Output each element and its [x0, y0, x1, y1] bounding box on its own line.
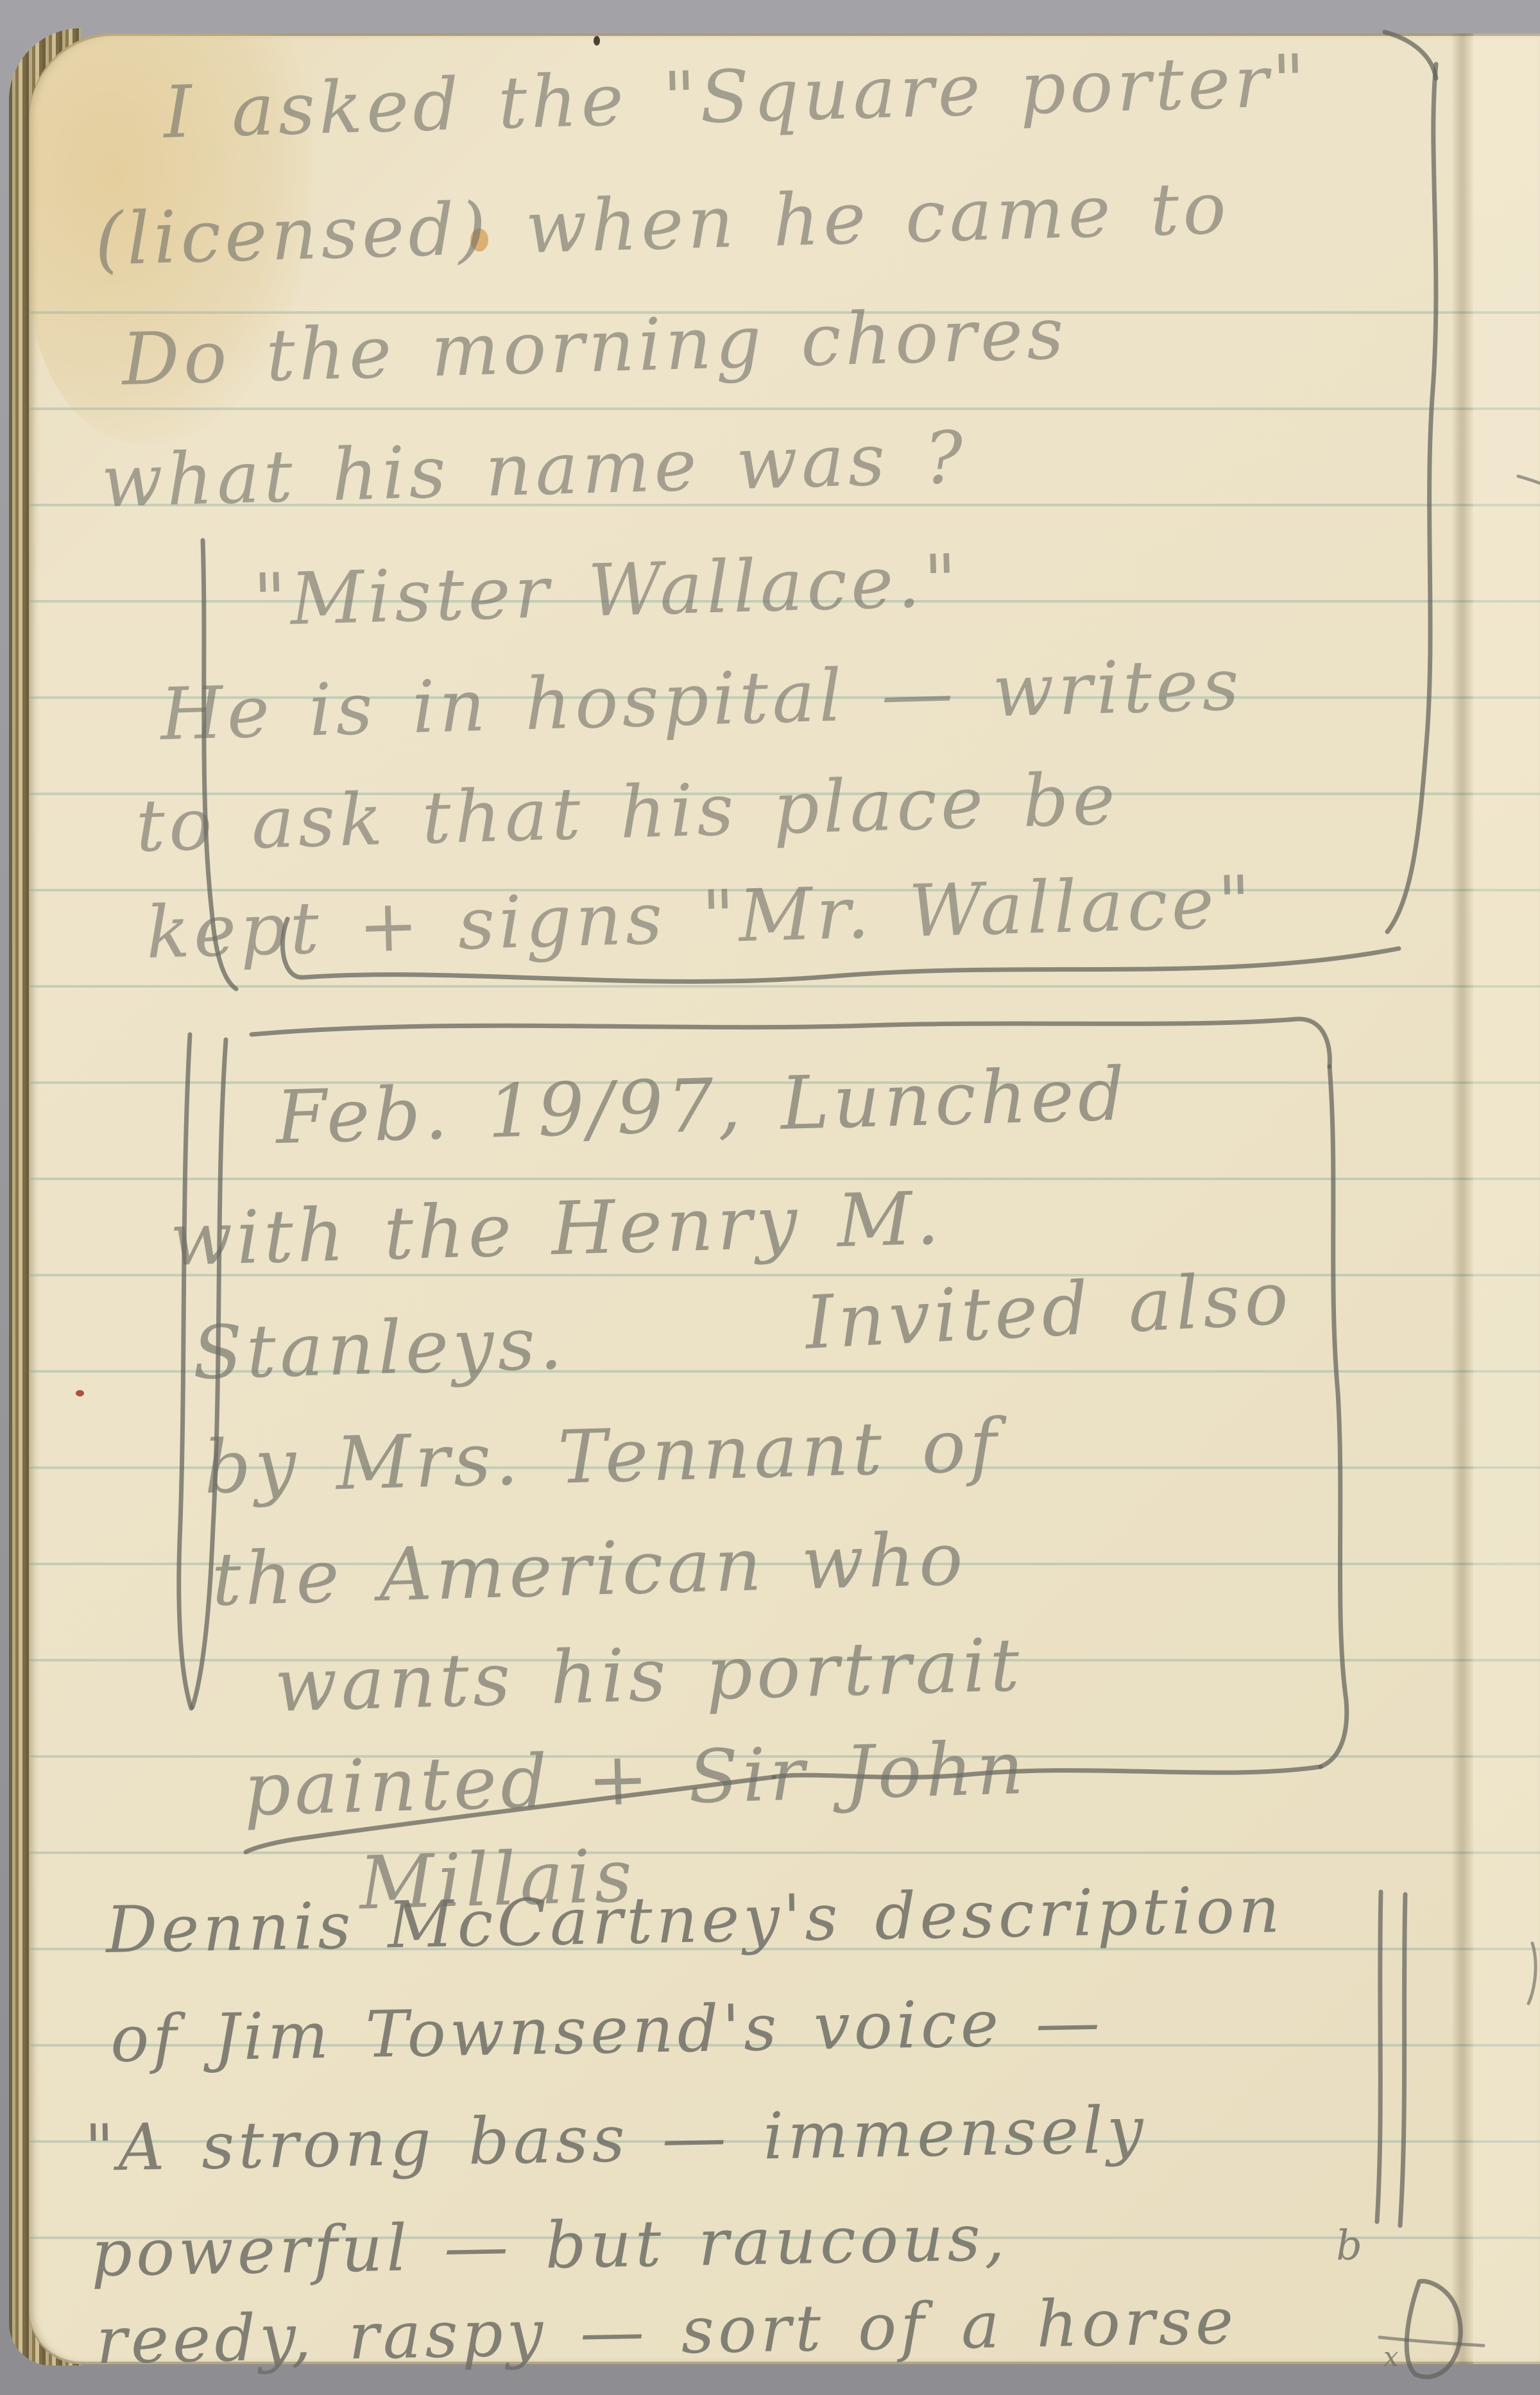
handwritten-line: "A strong bass — immensely [84, 2098, 1147, 2181]
page-fold-crease [1451, 33, 1473, 2364]
handwritten-line: painted + Sir John [243, 1731, 1028, 1826]
handwritten-line: Stanleys. [191, 1307, 567, 1390]
handwritten-line: Feb. 19/97, Lunched [275, 1058, 1129, 1155]
paper-speck [594, 36, 600, 46]
margin-mark-x: x [1383, 2343, 1403, 2371]
handwritten-line: of Jim Townsend's voice — [110, 1990, 1104, 2072]
handwritten-line: Dennis McCartney's description [105, 1878, 1284, 1962]
handwritten-line: powerful — but raucous, [90, 2206, 1009, 2286]
handwritten-line: with the Henry M. [169, 1181, 944, 1276]
handwritten-line: "Mister Wallace." [252, 545, 961, 637]
handwritten-line: the American who [210, 1522, 968, 1617]
handwritten-line: by Mrs. Tennant of [203, 1409, 1001, 1504]
scanned-notebook-screenshot: { "notebook": { "entry_porter": { "lines… [0, 0, 1540, 2395]
adjacent-page-edge [1473, 33, 1540, 2364]
margin-mark-b: b [1335, 2225, 1366, 2267]
handwritten-line: wants his portrait [273, 1628, 1024, 1722]
handwritten-line: reedy, raspy — sort of a horse [96, 2289, 1238, 2373]
